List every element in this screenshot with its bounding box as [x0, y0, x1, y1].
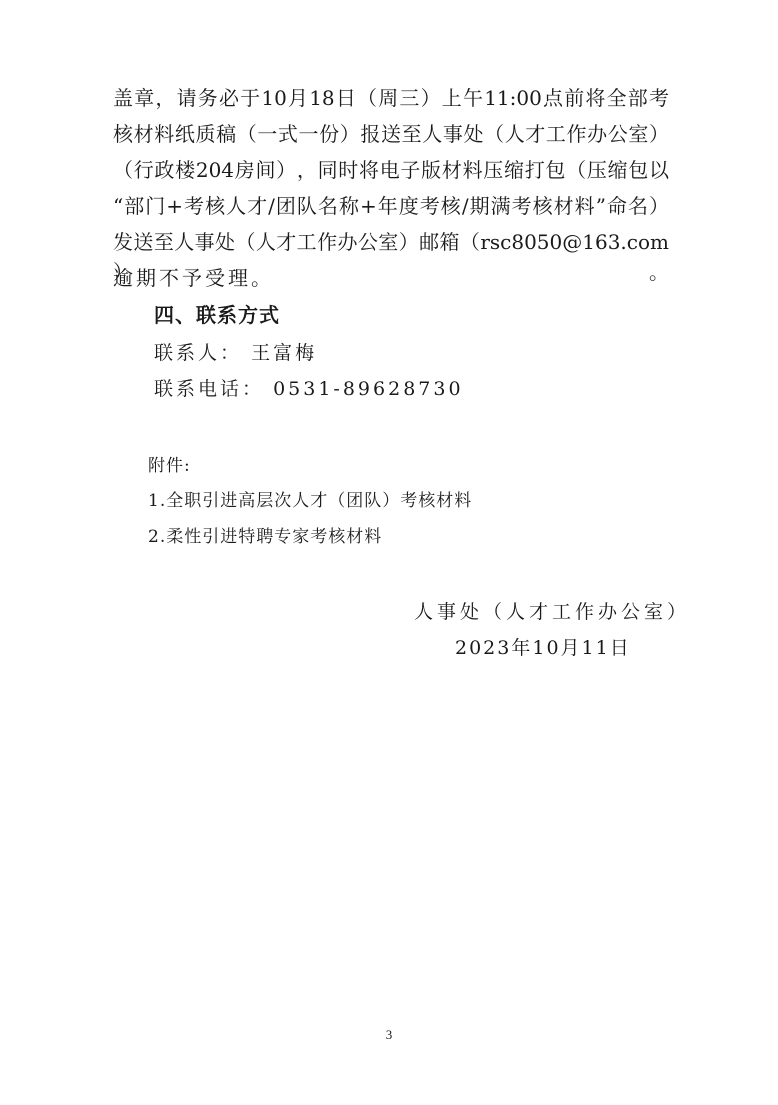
contact-person-name: 王富梅	[251, 342, 317, 364]
body-line-2: 核​材​料​纸​质​稿​（​一​式​一​份​）​报​送​至​人​事​处​（​人​…	[113, 119, 669, 149]
document-page: 盖​章​，​请​务​必​于​1​0​月​1​8​日​（​周​三​）​上​午​1​…	[0, 0, 778, 1105]
contact-person-label: 联系人：	[154, 342, 242, 364]
contact-phone-label: 联系电话：	[154, 378, 264, 400]
signature-date: 2023年10月11日	[455, 633, 631, 663]
body-line-1: 盖​章​，​请​务​必​于​1​0​月​1​8​日​（​周​三​）​上​午​1​…	[113, 83, 669, 113]
contact-phone-row: 联系电话： 0531-89628730	[154, 374, 464, 404]
body-line-6: 逾期不予受理。	[113, 263, 669, 293]
body-line-3: （​行​政​楼​2​0​4​房​间​）​，​同​时​将​电​子​版​材​料​压​…	[113, 155, 669, 185]
attachment-item-2: 2.柔性引进特聘专家考核材料	[148, 524, 382, 550]
body-line-5: 发​送​至​人​事​处​（​人​才​工​作​办​公​室​）​邮​箱​（​r​s​…	[113, 227, 669, 257]
contact-phone-number: 0531-89628730	[273, 378, 463, 400]
section-heading: 四、联系方式	[154, 300, 280, 330]
body-line-4: “​部​门​+​考​核​人​才​/​团​队​名​称​+​年​度​考​核​/​期​…	[113, 191, 669, 221]
contact-person-row: 联系人： 王富梅	[154, 338, 317, 368]
page-number: 3	[0, 1026, 778, 1044]
attachments-label: 附件:	[148, 453, 191, 479]
attachment-item-1: 1.全职引进高层次人才（团队）考核材料	[148, 488, 472, 514]
signature-department: 人事处（人才工作办公室）	[414, 597, 690, 627]
